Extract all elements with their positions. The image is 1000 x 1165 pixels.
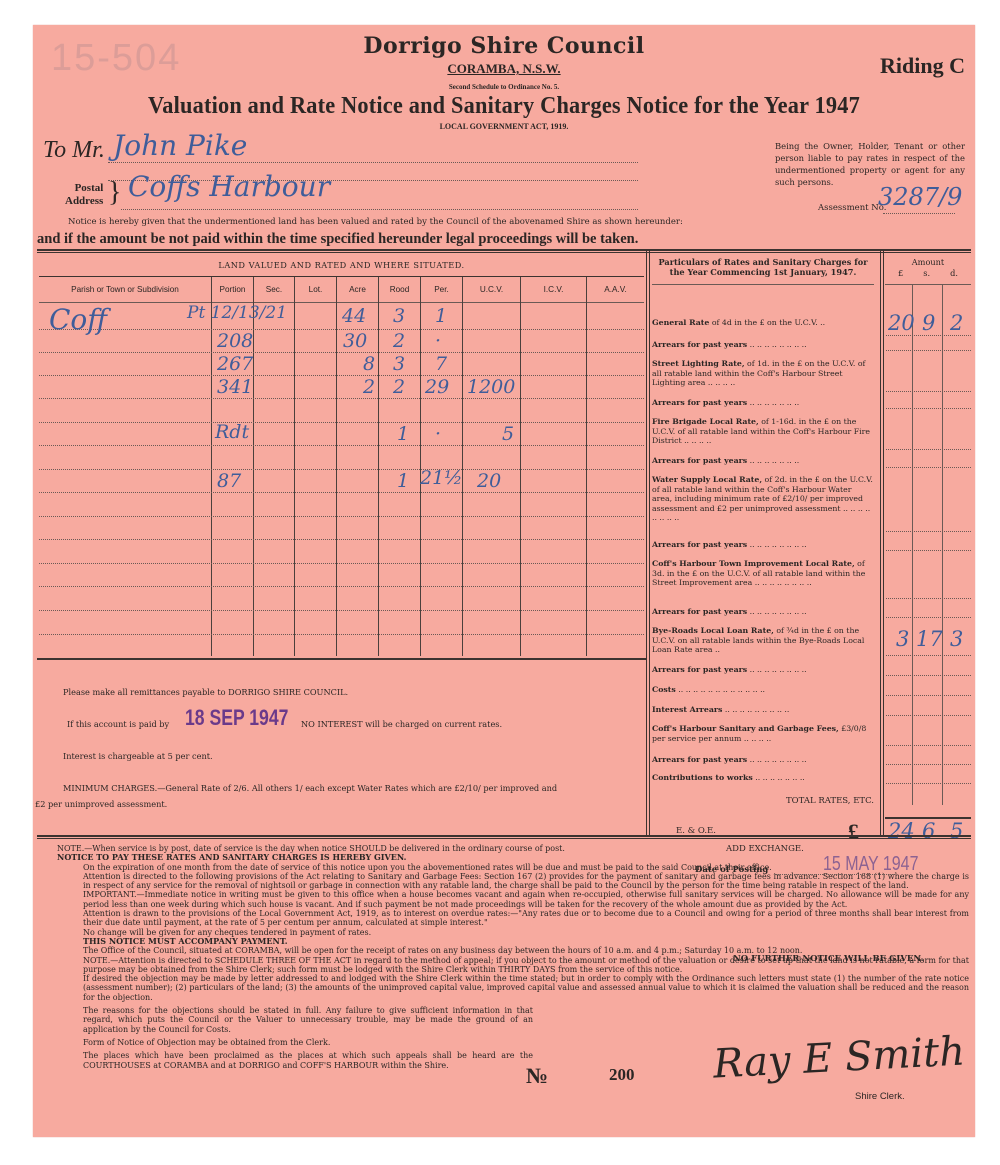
amount-line — [886, 783, 971, 784]
brace-glyph: } — [108, 179, 121, 207]
cell-ucv: 1200 — [467, 376, 515, 398]
rate-contributions: Contributions to works .. .. .. .. .. ..… — [652, 773, 874, 783]
cell-portion: 267 — [217, 353, 253, 375]
row-line — [39, 329, 644, 330]
cell-rood: 2 — [393, 330, 405, 352]
cell-per: 1 — [435, 305, 447, 327]
assessment-label: Assessment No. — [818, 203, 886, 213]
legal-warning: and if the amount be not paid within the… — [37, 231, 638, 248]
owner-note: Being the Owner, Holder, Tenant or other… — [775, 140, 965, 188]
date-of-posting-label: Date of Posting — [695, 865, 768, 875]
grid-line — [336, 277, 337, 656]
rate-arrears: Arrears for past years .. .. .. .. .. ..… — [652, 456, 874, 466]
grid-line — [586, 277, 587, 656]
row-line — [39, 634, 644, 635]
bye-roads-pounds: 3 — [896, 627, 909, 651]
shilling-divider — [912, 285, 913, 805]
col-rood: Rood — [379, 285, 420, 294]
postal-address-label: Postal Address — [65, 182, 103, 208]
rate-arrears: Arrears for past years .. .. .. .. .. ..… — [652, 665, 874, 675]
document-title: Valuation and Rate Notice and Sanitary C… — [66, 93, 942, 120]
cell-acre: 30 — [343, 330, 367, 352]
col-sec: Sec. — [254, 285, 294, 294]
cell-ucv: 5 — [502, 423, 514, 445]
amount-line — [886, 715, 971, 716]
cell-per: · — [435, 330, 441, 352]
general-rate-pence: 2 — [950, 311, 963, 335]
amount-line — [886, 695, 971, 696]
rate-town-improvement: Coff's Harbour Town Improvement Local Ra… — [652, 559, 874, 588]
particulars-heading: Particulars of Rates and Sanitary Charge… — [652, 257, 874, 277]
cell-portion: Rdt — [215, 421, 249, 443]
amount-divider — [880, 251, 881, 835]
row-line — [39, 422, 644, 423]
col-parish: Parish or Town or Subdivision — [39, 285, 211, 294]
amount-line — [886, 335, 971, 336]
row-line — [39, 492, 644, 493]
land-bottom-rule — [37, 658, 646, 660]
remittance-payable: Please make all remittances payable to D… — [63, 687, 348, 697]
amount-line — [886, 391, 971, 392]
rate-general: General Rate of 4d in the £ on the U.C.V… — [652, 318, 874, 328]
row-line — [39, 516, 644, 517]
number-symbol: № — [526, 1063, 548, 1089]
row-line — [39, 563, 644, 564]
grid-line — [294, 277, 295, 656]
col-acre: Acre — [337, 285, 378, 294]
addressee-name: John Pike — [113, 129, 247, 162]
council-name: Dorrigo Shire Council — [33, 33, 975, 59]
total-pounds: 24 — [888, 819, 915, 843]
center-divider — [646, 251, 647, 835]
center-divider-2 — [649, 251, 650, 835]
rate-costs: Costs .. .. .. .. .. .. .. .. .. .. .. .… — [652, 685, 874, 695]
postal-address-value: Coffs Harbour — [128, 170, 330, 203]
bye-roads-pence: 3 — [950, 627, 963, 651]
assessment-line — [883, 213, 955, 214]
minimum-charges-cont: £2 per unimproved assessment. — [35, 799, 167, 809]
row-line — [39, 610, 644, 611]
row-line — [39, 469, 644, 470]
amount-line — [886, 617, 971, 618]
shire-clerk-title: Shire Clerk. — [855, 1091, 905, 1102]
amount-head-rule — [885, 284, 971, 285]
rate-bye-roads: Bye-Roads Local Loan Rate, of ¾d in the … — [652, 626, 874, 655]
assessment-number: 3287/9 — [878, 183, 962, 211]
rate-sanitary-garbage: Coff's Harbour Sanitary and Garbage Fees… — [652, 724, 874, 743]
notice-number: 200 — [609, 1065, 635, 1085]
rate-arrears: Arrears for past years .. .. .. .. .. ..… — [652, 755, 874, 765]
name-line — [108, 162, 638, 163]
pence-divider — [942, 285, 943, 805]
amount-line — [886, 675, 971, 676]
cell-acre: 2 — [363, 376, 375, 398]
schedule-note: Second Schedule to Ordinance No. 5. — [33, 83, 975, 91]
rate-fire-brigade: Fire Brigade Local Rate, of 1-16d. in th… — [652, 417, 874, 446]
interest-note: Interest is chargeable at 5 per cent. — [63, 751, 213, 761]
amount-line — [886, 408, 971, 409]
cell-parish: Coff — [49, 303, 107, 336]
land-valued-table: LAND VALUED AND RATED AND WHERE SITUATED… — [37, 251, 646, 656]
amount-line — [886, 655, 971, 656]
amount-line — [886, 745, 971, 746]
date-of-posting-stamp: 15 MAY 1947 — [823, 853, 918, 876]
council-place: CORAMBA, N.S.W. — [33, 61, 975, 77]
amount-line — [886, 531, 971, 532]
total-pence: 5 — [950, 819, 963, 843]
cell-portion: Pt 12/13/21 — [187, 303, 287, 323]
cell-ucv: 20 — [477, 470, 501, 492]
bottom-section-rule-2 — [37, 838, 971, 839]
cell-per: 29 — [425, 376, 449, 398]
cell-rood: 1 — [397, 470, 409, 492]
row-line — [39, 352, 644, 353]
rate-street-lighting: Street Lighting Rate, of 1d. in the £ on… — [652, 359, 874, 388]
col-aav: A.A.V. — [587, 285, 644, 294]
col-per: Per. — [421, 285, 462, 294]
no-further-notice: NO FURTHER NOTICE WILL BE GIVEN. — [733, 954, 924, 964]
cell-portion: 341 — [217, 376, 253, 398]
amount-divider-2 — [883, 251, 884, 835]
riding-label: Riding C — [880, 53, 965, 79]
row-line — [39, 445, 644, 446]
grid-line — [378, 277, 379, 656]
to-label: To Mr. — [43, 137, 105, 164]
cell-rood: 1 — [397, 423, 409, 445]
amount-line — [886, 764, 971, 765]
amount-line — [886, 467, 971, 468]
amount-line — [886, 550, 971, 551]
rate-water-supply: Water Supply Local Rate, of 2d. in the £… — [652, 475, 874, 523]
rate-arrears: Arrears for past years .. .. .. .. .. ..… — [652, 540, 874, 550]
bye-roads-shillings: 17 — [916, 627, 943, 651]
cell-acre: 8 — [363, 353, 375, 375]
rate-arrears: Arrears for past years .. .. .. .. .. ..… — [652, 398, 874, 408]
row-line — [39, 586, 644, 587]
grid-line — [520, 277, 521, 656]
row-line — [39, 375, 644, 376]
col-portion: Portion — [212, 285, 253, 294]
notice-statement: Notice is hereby given that the undermen… — [68, 217, 683, 227]
cell-per: 7 — [435, 353, 447, 375]
general-rate-pounds: 20 — [888, 311, 915, 335]
rate-notice-document: 15-504 Dorrigo Shire Council CORAMBA, N.… — [33, 25, 975, 1137]
particulars-head-rule — [652, 284, 874, 285]
general-rate-shillings: 9 — [922, 311, 935, 335]
rate-interest-arrears: Interest Arrears .. .. .. .. .. .. .. ..… — [652, 705, 874, 715]
land-header-rule — [39, 302, 644, 303]
cell-portion: 87 — [217, 470, 241, 492]
paid-by-suffix: NO INTEREST will be charged on current r… — [301, 719, 502, 729]
total-shillings: 6 — [922, 819, 935, 843]
col-ucv: U.C.V. — [463, 285, 520, 294]
bottom-section-rule — [37, 835, 971, 837]
cell-rood: 2 — [393, 376, 405, 398]
col-lot: Lot. — [295, 285, 336, 294]
amount-heading: Amount £ s. d. — [888, 257, 968, 279]
row-line — [39, 398, 644, 399]
amount-line — [886, 449, 971, 450]
land-title-rule — [39, 276, 644, 277]
paid-by-date-stamp: 18 SEP 1947 — [185, 705, 288, 731]
amount-line — [886, 598, 971, 599]
rate-arrears: Arrears for past years .. .. .. .. .. ..… — [652, 607, 874, 617]
land-table-title: LAND VALUED AND RATED AND WHERE SITUATED… — [37, 260, 646, 270]
address-line — [121, 209, 638, 210]
cell-rood: 3 — [393, 353, 405, 375]
rate-arrears: Arrears for past years .. .. .. .. .. ..… — [652, 340, 874, 350]
col-icv: I.C.V. — [521, 285, 586, 294]
row-line — [39, 539, 644, 540]
cell-per: · — [435, 423, 441, 445]
cell-acre: 44 — [342, 305, 366, 327]
pound-symbol: £ — [848, 819, 859, 845]
cell-per: 21½ — [420, 467, 463, 489]
amount-line — [886, 350, 971, 351]
total-rates-label: TOTAL RATES, ETC. — [652, 797, 874, 807]
minimum-charges: MINIMUM CHARGES.—General Rate of 2/6. Al… — [63, 783, 557, 793]
grid-line — [211, 277, 212, 656]
cell-portion: 208 — [217, 330, 253, 352]
paid-by-prefix: If this account is paid by — [67, 719, 169, 729]
cell-rood: 3 — [393, 305, 405, 327]
